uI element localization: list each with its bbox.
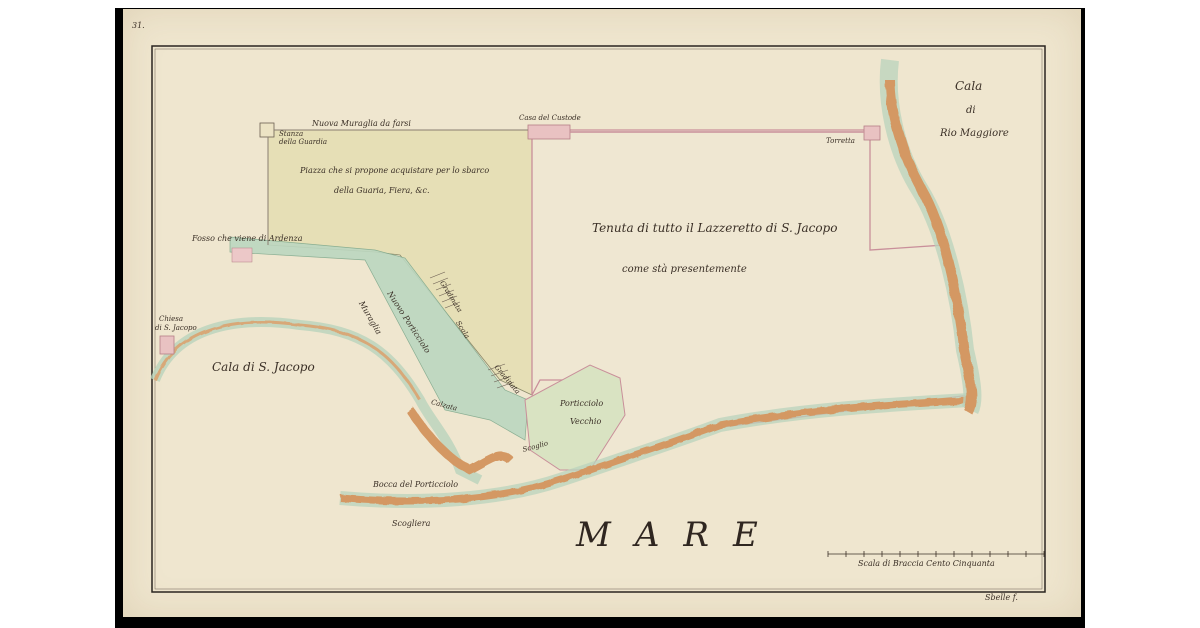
guardia-building xyxy=(260,123,274,137)
label-guardia-1: Stanza xyxy=(279,131,303,138)
chiesa-building xyxy=(160,336,174,354)
label-bocca: Bocca del Porticciolo xyxy=(373,481,458,489)
casa-custode-building xyxy=(528,125,570,139)
label-chiesa-1: Chiesa xyxy=(159,316,183,323)
label-casa-custode: Casa del Custode xyxy=(519,115,581,122)
label-cala-rio-3: Rio Maggiore xyxy=(940,129,1009,139)
scale-caption: Scala di Braccia Cento Cinquanta xyxy=(858,560,995,568)
label-come: come stà presentemente xyxy=(622,265,747,275)
label-chiesa-2: di S. Jacopo xyxy=(155,325,197,332)
label-fosso: Fosso che viene di Ardenza xyxy=(192,235,302,243)
label-guardia-2: della Guardia xyxy=(279,139,327,146)
label-cala-rio-2: di xyxy=(966,106,976,116)
torretta-building xyxy=(864,126,880,140)
label-mare: MARE xyxy=(576,518,782,552)
label-scogliera: Scogliera xyxy=(392,520,430,528)
label-cala-rio-1: Cala xyxy=(955,80,982,92)
label-porticciolo-vecchio-1: Porticciolo xyxy=(560,400,603,408)
sheet-number: 31. xyxy=(132,22,145,30)
label-torretta: Torretta xyxy=(826,138,855,145)
label-porticciolo-vecchio-2: Vecchio xyxy=(570,418,601,426)
label-cala-jacopo: Cala di S. Jacopo xyxy=(212,361,315,373)
label-piazza-2: della Guaria, Fiera, &c. xyxy=(334,187,430,195)
signature: Sbelle f. xyxy=(985,594,1018,602)
label-piazza-1: Piazza che si propone acquistare per lo … xyxy=(300,167,489,175)
scale-bar xyxy=(828,551,1045,557)
label-tenuta: Tenuta di tutto il Lazzeretto di S. Jaco… xyxy=(592,222,837,234)
label-nuova-muraglia: Nuova Muraglia da farsi xyxy=(312,120,411,128)
